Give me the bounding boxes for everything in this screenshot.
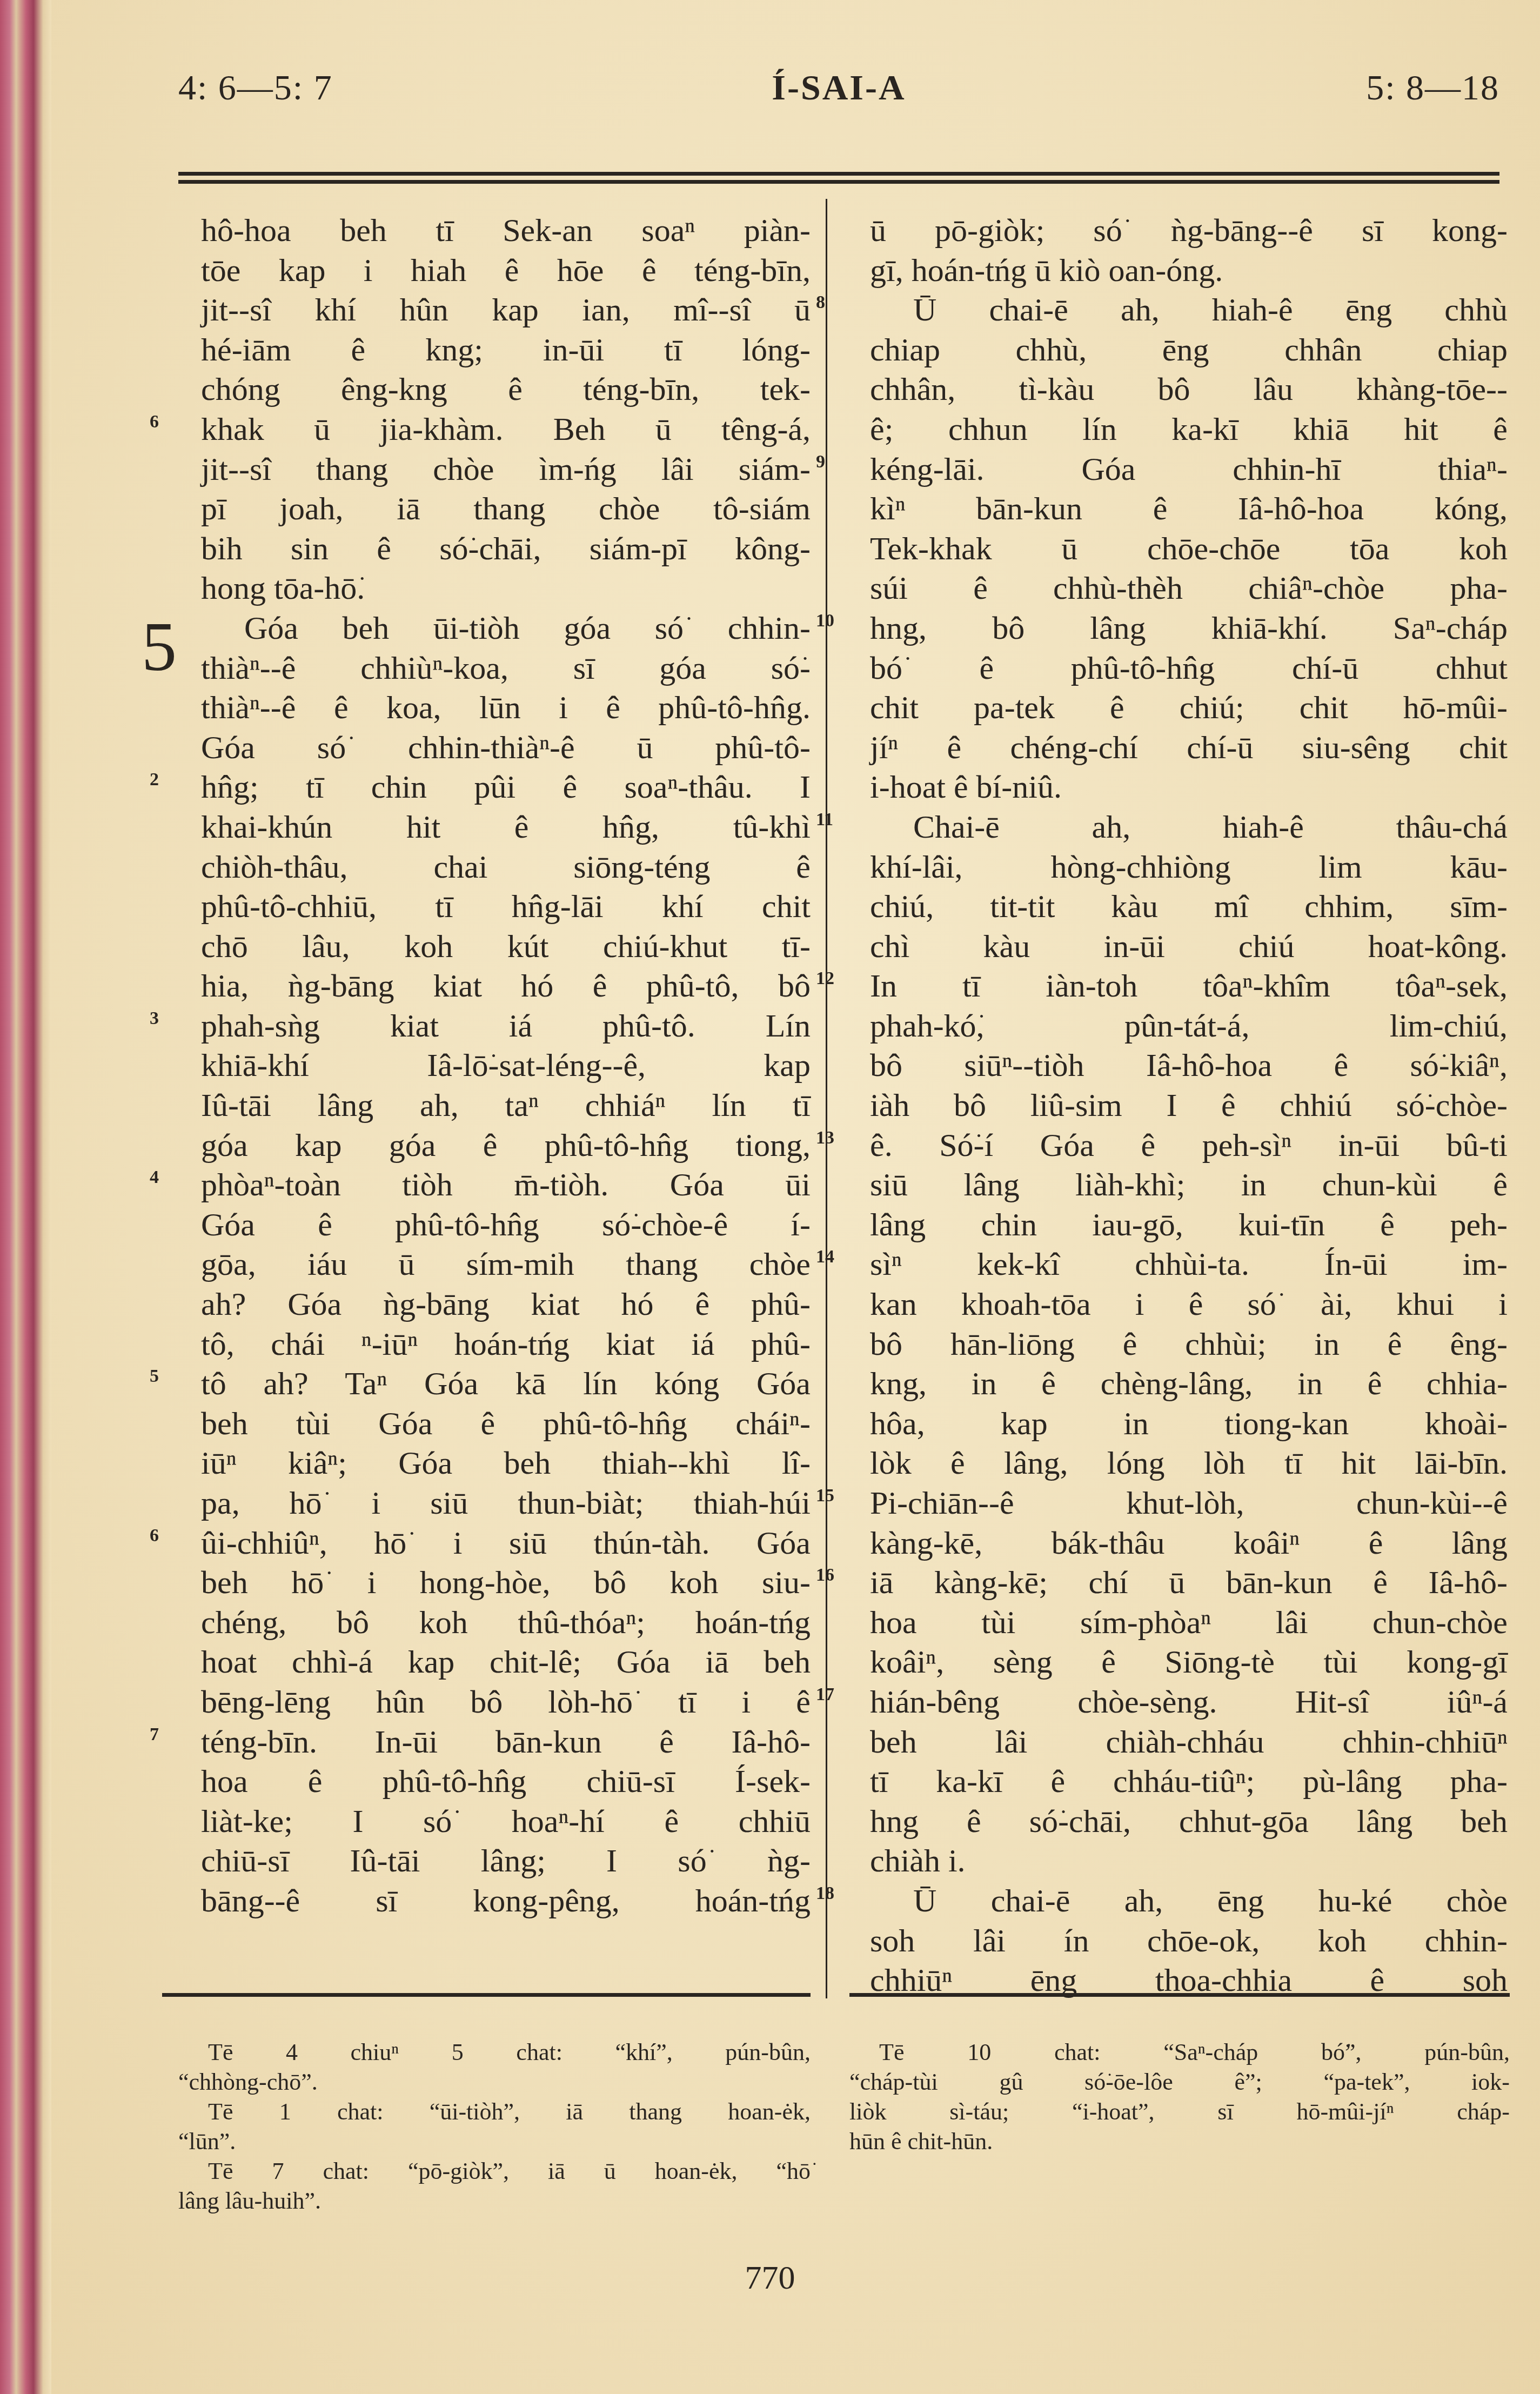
text-line: gī, hoán-tńg ū kiò oan-óng. bbox=[870, 251, 1508, 291]
text-line: 11Chai-ē ah, hiah-ê thâu-chá bbox=[870, 807, 1508, 847]
text-line: koâiⁿ, sèng ê Siōng-tè tùi kong-gī bbox=[870, 1642, 1508, 1682]
verse-number: 17 bbox=[816, 1675, 834, 1715]
footnote-line: Tē 1 chat: “ūi-tiòh”, iā thang hoan-ėk, bbox=[178, 2097, 811, 2126]
text-line: chō lâu, koh kút chiú-khut tī- bbox=[201, 927, 811, 967]
footnote-line: “lūn”. bbox=[178, 2126, 811, 2156]
verse-number: 8 bbox=[816, 283, 825, 323]
text-line: iūⁿ kiâⁿ; Góa beh thiah--khì lî- bbox=[201, 1443, 811, 1483]
running-header: 4: 6—5: 7 Í-SAI-A 5: 8—18 bbox=[178, 68, 1499, 127]
text-line: bih sin ê só͘-chāi, siám-pī kông- bbox=[201, 529, 811, 569]
line-text: hé-iām ê kng; in-ūi tī lóng- bbox=[201, 332, 811, 367]
line-text: bāng--ê sī kong-pêng, hoán-tńg bbox=[201, 1883, 811, 1918]
verse-number: 18 bbox=[816, 1874, 834, 1914]
column-divider bbox=[826, 199, 827, 1998]
footnote-line: liòk sì-táu; “i-hoat”, sī hō-mûi-jíⁿ chá… bbox=[849, 2097, 1510, 2126]
line-text: thiàⁿ--ê chhiùⁿ-koa, sī góa só͘- bbox=[201, 650, 811, 686]
line-text: Ū chai-ē ah, ēng hu-ké chòe bbox=[913, 1883, 1508, 1918]
text-line: 6ûi-chhiûⁿ, hō͘ i siū thún-tàh. Góa bbox=[201, 1523, 811, 1563]
text-line: hoa ê phû-tô-hn̂g chiū-sī Í-sek- bbox=[201, 1762, 811, 1802]
text-line: lâng chin iau-gō, kui-tīn ê peh- bbox=[870, 1205, 1508, 1245]
text-line: súi ê chhù-thèh chiâⁿ-chòe pha- bbox=[870, 569, 1508, 608]
line-text: téng-bīn. In-ūi bān-kun ê Iâ-hô- bbox=[201, 1724, 811, 1760]
footnote-line: Tē 4 chiuⁿ 5 chat: “khí”, pún-bûn, bbox=[178, 2037, 811, 2067]
text-line: chì kàu in-ūi chiú hoat-kông. bbox=[870, 927, 1508, 967]
line-text: Ū chai-ē ah, hiah-ê ēng chhù bbox=[913, 292, 1508, 327]
text-line: 15Pi-chiān--ê khut-lòh, chun-kùi--ê bbox=[870, 1483, 1508, 1523]
line-text: liàt-ke; I só͘ hoaⁿ-hí ê chhiū bbox=[201, 1803, 811, 1839]
text-line: 13ê. Só͘-í Góa ê peh-sìⁿ in-ūi bû-ti bbox=[870, 1126, 1508, 1166]
text-line: Tek-khak ū chōe-chōe tōa koh bbox=[870, 529, 1508, 569]
line-text: bô siūⁿ--tiòh Iâ-hô-hoa ê só͘-kiâⁿ, bbox=[870, 1047, 1508, 1083]
right-text-column: ū pō-giòk; só͘ ǹg-bāng--ê sī kong-gī, ho… bbox=[870, 211, 1508, 2001]
line-text: ûi-chhiûⁿ, hō͘ i siū thún-tàh. Góa bbox=[201, 1525, 811, 1561]
verse-number: 13 bbox=[816, 1118, 834, 1158]
line-text: hia, ǹg-bāng kiat hó ê phû-tô, bô bbox=[201, 968, 811, 1004]
text-line: thiàⁿ--ê ê koa, lūn i ê phû-tô-hn̂g. bbox=[201, 688, 811, 728]
line-text: phû-tô-chhiū, tī hn̂g-lāi khí chit bbox=[201, 888, 811, 924]
line-text: hô-hoa beh tī Sek-an soaⁿ piàn- bbox=[201, 212, 811, 248]
text-line: 8Ū chai-ē ah, hiah-ê ēng chhù bbox=[870, 290, 1508, 330]
line-text: chiap chhù, ēng chhân chiap bbox=[870, 332, 1508, 367]
verse-number: 12 bbox=[816, 959, 834, 999]
footnotes-left: Tē 4 chiuⁿ 5 chat: “khí”, pún-bûn,“chhòn… bbox=[178, 2037, 811, 2216]
text-line: lòk ê lâng, lóng lòh tī hit lāi-bīn. bbox=[870, 1443, 1508, 1483]
line-text: iūⁿ kiâⁿ; Góa beh thiah--khì lî- bbox=[201, 1445, 811, 1481]
line-text: Góa ê phû-tô-hn̂g só͘-chòe-ê í- bbox=[201, 1207, 811, 1242]
line-text: bih sin ê só͘-chāi, siám-pī kông- bbox=[201, 531, 811, 566]
verse-number: 4 bbox=[150, 1158, 159, 1198]
verse-number: 6 bbox=[150, 1516, 159, 1556]
text-line: 9kéng-lāi. Góa chhin-hī thiaⁿ- bbox=[870, 450, 1508, 490]
text-line: chóng êng-kng ê téng-bīn, tek- bbox=[201, 370, 811, 410]
text-line: chhân, tì-kàu bô lâu khàng-tōe-- bbox=[870, 370, 1508, 410]
text-line: chiú, tit-tit kàu mî chhim, sīm- bbox=[870, 887, 1508, 927]
line-text: i-hoat ê bí-niû. bbox=[870, 769, 1062, 805]
line-text: Tek-khak ū chōe-chōe tōa koh bbox=[870, 531, 1508, 566]
text-line: beh tùi Góa ê phû-tô-hn̂g cháiⁿ- bbox=[201, 1404, 811, 1444]
text-line: kng, in ê chèng-lâng, in ê chhia- bbox=[870, 1364, 1508, 1404]
line-text: kan khoah-tōa i ê só͘ ài, khui i bbox=[870, 1286, 1508, 1322]
footnote-line: lâng lâu-huih”. bbox=[178, 2186, 811, 2216]
line-text: bô hān-liōng ê chhùi; in ê êng- bbox=[870, 1326, 1508, 1362]
text-line: 2hn̂g; tī chin pûi ê soaⁿ-thâu. I bbox=[201, 767, 811, 807]
line-text: hoat chhì-á kap chit-lê; Góa iā beh bbox=[201, 1644, 811, 1680]
line-text: súi ê chhù-thèh chiâⁿ-chòe pha- bbox=[870, 570, 1508, 606]
text-line: ah? Góa ǹg-bāng kiat hó ê phû- bbox=[201, 1285, 811, 1325]
text-line: gōa, iáu ū sím-mih thang chòe bbox=[201, 1245, 811, 1285]
verse-number: 10 bbox=[816, 601, 834, 641]
header-double-rule bbox=[178, 172, 1499, 184]
line-text: jit--sî thang chòe ìm-ńg lâi siám- bbox=[201, 451, 811, 487]
text-line: 17hián-bêng chòe-sèng. Hit-sî iûⁿ-á bbox=[870, 1682, 1508, 1722]
page-number: 770 bbox=[0, 2259, 1540, 2297]
line-text: chiú, tit-tit kàu mî chhim, sīm- bbox=[870, 888, 1508, 924]
text-line: soh lâi ín chōe-ok, koh chhin- bbox=[870, 1921, 1508, 1961]
text-line: khai-khún hit ê hn̂g, tû-khì bbox=[201, 807, 811, 847]
text-line: kàng-kē, bák-thâu koâiⁿ ê lâng bbox=[870, 1523, 1508, 1563]
line-text: chhân, tì-kàu bô lâu khàng-tōe-- bbox=[870, 371, 1508, 407]
line-text: ê. Só͘-í Góa ê peh-sìⁿ in-ūi bû-ti bbox=[870, 1127, 1508, 1163]
text-line: hia, ǹg-bāng kiat hó ê phû-tô, bô bbox=[201, 966, 811, 1006]
text-line: jíⁿ ê chéng-chí chí-ū siu-sêng chit bbox=[870, 728, 1508, 768]
text-line: tōe kap i hiah ê hōe ê téng-bīn, bbox=[201, 251, 811, 291]
line-text: Chai-ē ah, hiah-ê thâu-chá bbox=[913, 809, 1508, 845]
line-text: chiū-sī Iû-tāi lâng; I só͘ ǹg- bbox=[201, 1843, 811, 1878]
text-line: 16iā kàng-kē; chí ū bān-kun ê Iâ-hô- bbox=[870, 1563, 1508, 1603]
text-line: phah-kó͘, pûn-tát-á, lim-chiú, bbox=[870, 1006, 1508, 1046]
line-text: tī ka-kī ê chháu-tiûⁿ; pù-lâng pha- bbox=[870, 1763, 1508, 1799]
line-text: iàh bô liû-sim I ê chhiú só͘-chòe- bbox=[870, 1087, 1508, 1123]
text-line: kan khoah-tōa i ê só͘ ài, khui i bbox=[870, 1285, 1508, 1325]
text-line: chiap chhù, ēng chhân chiap bbox=[870, 330, 1508, 370]
text-line: Iû-tāi lâng ah, taⁿ chhiáⁿ lín tī bbox=[201, 1086, 811, 1126]
line-text: khiā-khí Iâ-lō͘-sat-léng--ê, kap bbox=[201, 1047, 811, 1083]
footnote: Tē 4 chiuⁿ 5 chat: “khí”, pún-bûn,“chhòn… bbox=[178, 2037, 811, 2097]
text-line: iàh bô liû-sim I ê chhiú só͘-chòe- bbox=[870, 1086, 1508, 1126]
text-line: bô hān-liōng ê chhùi; in ê êng- bbox=[870, 1325, 1508, 1365]
line-text: tōe kap i hiah ê hōe ê téng-bīn, bbox=[201, 252, 811, 288]
footnote-line: Tē 7 chat: “pō-giòk”, iā ū hoan-ėk, “hō͘ bbox=[178, 2156, 811, 2186]
line-text: hoa tùi sím-phòaⁿ lâi chun-chòe bbox=[870, 1604, 1508, 1640]
line-text: kéng-lāi. Góa chhin-hī thiaⁿ- bbox=[870, 451, 1508, 487]
line-text: ū pō-giòk; só͘ ǹg-bāng--ê sī kong- bbox=[870, 212, 1508, 248]
text-line: pī joah, iā thang chòe tô-siám bbox=[201, 489, 811, 529]
line-text: beh hō͘ i hong-hòe, bô koh siu- bbox=[201, 1564, 811, 1600]
text-line: 10hng, bô lâng khiā-khí. Saⁿ-cháp bbox=[870, 608, 1508, 648]
line-text: chéng, bô koh thû-thóaⁿ; hoán-tńg bbox=[201, 1604, 811, 1640]
text-line: hoat chhì-á kap chit-lê; Góa iā beh bbox=[201, 1642, 811, 1682]
text-line: pa, hō͘ i siū thun-biàt; thiah-húi bbox=[201, 1483, 811, 1523]
text-line: Góa só͘ chhin-thiàⁿ-ê ū phû-tô- bbox=[201, 728, 811, 768]
line-text: hoa ê phû-tô-hn̂g chiū-sī Í-sek- bbox=[201, 1763, 811, 1799]
text-line: 14sìⁿ kek-kî chhùi-ta. Ín-ūi im- bbox=[870, 1245, 1508, 1285]
line-text: hn̂g; tī chin pûi ê soaⁿ-thâu. I bbox=[201, 769, 811, 805]
verse-number: 15 bbox=[816, 1476, 834, 1516]
line-text: hng, bô lâng khiā-khí. Saⁿ-cháp bbox=[870, 610, 1508, 646]
line-text: chiàh i. bbox=[870, 1843, 966, 1878]
footnote: Tē 10 chat: “Saⁿ-cháp bó͘”, pún-bûn,“chá… bbox=[849, 2037, 1510, 2156]
book-title: Í-SAI-A bbox=[178, 68, 1499, 109]
line-text: hián-bêng chòe-sèng. Hit-sî iûⁿ-á bbox=[870, 1684, 1508, 1720]
text-line: hé-iām ê kng; in-ūi tī lóng- bbox=[201, 330, 811, 370]
text-line: chiū-sī Iû-tāi lâng; I só͘ ǹg- bbox=[201, 1841, 811, 1881]
text-line: liàt-ke; I só͘ hoaⁿ-hí ê chhiū bbox=[201, 1802, 811, 1842]
line-text: gī, hoán-tńg ū kiò oan-óng. bbox=[870, 252, 1223, 288]
line-text: sìⁿ kek-kî chhùi-ta. Ín-ūi im- bbox=[870, 1246, 1508, 1282]
text-line: bô siūⁿ--tiòh Iâ-hô-hoa ê só͘-kiâⁿ, bbox=[870, 1046, 1508, 1086]
text-line: 5tô ah? Taⁿ Góa kā lín kóng Góa bbox=[201, 1364, 811, 1404]
text-line: hong tōa-hō͘. bbox=[201, 569, 811, 608]
text-line: bāng--ê sī kong-pêng, hoán-tńg bbox=[201, 1881, 811, 1921]
text-line: 3phah-sǹg kiat iá phû-tô. Lín bbox=[201, 1006, 811, 1046]
line-text: khak ū jia-khàm. Beh ū têng-á, bbox=[201, 411, 811, 447]
line-text: pa, hō͘ i siū thun-biàt; thiah-húi bbox=[201, 1485, 811, 1521]
text-line: hôa, kap in tiong-kan khoài- bbox=[870, 1404, 1508, 1444]
book-page-edge bbox=[0, 0, 51, 2394]
footnote-line: “cháp-tùi gû só͘-ōe-lôe ê”; “pa-tek”, io… bbox=[849, 2067, 1510, 2097]
text-line: 12In tī iàn-toh tôaⁿ-khîm tôaⁿ-sek, bbox=[870, 966, 1508, 1006]
line-text: bēng-lēng hûn bô lòh-hō͘ tī i ê bbox=[201, 1684, 811, 1720]
footnotes-right: Tē 10 chat: “Saⁿ-cháp bó͘”, pún-bûn,“chá… bbox=[849, 2037, 1510, 2156]
text-line: bó͘ ê phû-tô-hn̂g chí-ū chhut bbox=[870, 648, 1508, 688]
text-line: thiàⁿ--ê chhiùⁿ-koa, sī góa só͘- bbox=[201, 648, 811, 688]
text-line: siū lâng liàh-khì; in chun-kùi ê bbox=[870, 1165, 1508, 1205]
line-text: chit pa-tek ê chiú; chit hō-mûi- bbox=[870, 690, 1508, 725]
header-right-reference: 5: 8—18 bbox=[1366, 68, 1499, 109]
line-text: lâng chin iau-gō, kui-tīn ê peh- bbox=[870, 1207, 1508, 1242]
text-line: hng ê só͘-chāi, chhut-gōa lâng beh bbox=[870, 1802, 1508, 1842]
line-text: chóng êng-kng ê téng-bīn, tek- bbox=[201, 371, 811, 407]
verse-number: 3 bbox=[150, 999, 159, 1039]
text-line: tô, chái ⁿ-iūⁿ hoán-tńg kiat iá phû- bbox=[201, 1325, 811, 1365]
verse-number: 16 bbox=[816, 1555, 834, 1595]
line-text: kng, in ê chèng-lâng, in ê chhia- bbox=[870, 1366, 1508, 1401]
line-text: lòk ê lâng, lóng lòh tī hit lāi-bīn. bbox=[870, 1445, 1508, 1481]
text-line: kìⁿ bān-kun ê Iâ-hô-hoa kóng, bbox=[870, 489, 1508, 529]
text-line: 6khak ū jia-khàm. Beh ū têng-á, bbox=[201, 410, 811, 450]
verse-number: 5 bbox=[150, 1356, 159, 1396]
text-line: chiòh-thâu, chai siōng-téng ê bbox=[201, 847, 811, 887]
line-text: siū lâng liàh-khì; in chun-kùi ê bbox=[870, 1167, 1508, 1202]
text-line: beh hō͘ i hong-hòe, bô koh siu- bbox=[201, 1563, 811, 1603]
text-line: hô-hoa beh tī Sek-an soaⁿ piàn- bbox=[201, 211, 811, 251]
line-text: jit--sî khí hûn kap ian, mî--sî ū bbox=[201, 292, 811, 327]
text-line: Góa ê phû-tô-hn̂g só͘-chòe-ê í- bbox=[201, 1205, 811, 1245]
footnote-rule-left bbox=[162, 1993, 811, 1997]
text-line: tī ka-kī ê chháu-tiûⁿ; pù-lâng pha- bbox=[870, 1762, 1508, 1802]
line-text: soh lâi ín chōe-ok, koh chhin- bbox=[870, 1923, 1508, 1958]
line-text: phah-sǹg kiat iá phû-tô. Lín bbox=[201, 1008, 811, 1044]
text-line: chéng, bô koh thû-thóaⁿ; hoán-tńg bbox=[201, 1603, 811, 1643]
verse-number: 7 bbox=[150, 1715, 159, 1755]
text-line: góa kap góa ê phû-tô-hn̂g tiong, bbox=[201, 1126, 811, 1166]
line-text: gōa, iáu ū sím-mih thang chòe bbox=[201, 1246, 811, 1282]
line-text: hôa, kap in tiong-kan khoài- bbox=[870, 1406, 1508, 1441]
footnote: Tē 7 chat: “pō-giòk”, iā ū hoan-ėk, “hō͘… bbox=[178, 2156, 811, 2216]
left-text-column: hô-hoa beh tī Sek-an soaⁿ piàn-tōe kap i… bbox=[201, 211, 811, 1921]
line-text: jíⁿ ê chéng-chí chí-ū siu-sêng chit bbox=[870, 730, 1508, 765]
footnote-line: Tē 10 chat: “Saⁿ-cháp bó͘”, pún-bûn, bbox=[849, 2037, 1510, 2067]
text-line: khiā-khí Iâ-lō͘-sat-léng--ê, kap bbox=[201, 1046, 811, 1086]
line-text: hng ê só͘-chāi, chhut-gōa lâng beh bbox=[870, 1803, 1508, 1839]
line-text: Iû-tāi lâng ah, taⁿ chhiáⁿ lín tī bbox=[201, 1087, 811, 1123]
verse-number: 14 bbox=[816, 1237, 834, 1277]
line-text: Pi-chiān--ê khut-lòh, chun-kùi--ê bbox=[870, 1485, 1508, 1521]
line-text: pī joah, iā thang chòe tô-siám bbox=[201, 491, 811, 526]
line-text: In tī iàn-toh tôaⁿ-khîm tôaⁿ-sek, bbox=[870, 968, 1508, 1004]
line-text: khai-khún hit ê hn̂g, tû-khì bbox=[201, 809, 811, 845]
verse-number: 2 bbox=[150, 760, 159, 800]
footnote-line: hūn ê chit-hūn. bbox=[849, 2126, 1510, 2156]
line-text: ah? Góa ǹg-bāng kiat hó ê phû- bbox=[201, 1286, 811, 1322]
line-text: chì kàu in-ūi chiú hoat-kông. bbox=[870, 928, 1508, 964]
verse-number: 6 bbox=[150, 402, 159, 442]
line-text: tô, chái ⁿ-iūⁿ hoán-tńg kiat iá phû- bbox=[201, 1326, 811, 1362]
text-line: chiàh i. bbox=[870, 1841, 1508, 1881]
footnote-line: “chhòng-chō”. bbox=[178, 2067, 811, 2097]
text-line: 4phòaⁿ-toàn tiòh m̄-tiòh. Góa ūi bbox=[201, 1165, 811, 1205]
text-line: ê; chhun lín ka-kī khiā hit ê bbox=[870, 410, 1508, 450]
line-text: bó͘ ê phû-tô-hn̂g chí-ū chhut bbox=[870, 650, 1508, 686]
text-line: khí-lâi, hòng-chhiòng lim kāu- bbox=[870, 847, 1508, 887]
text-line: ū pō-giòk; só͘ ǹg-bāng--ê sī kong- bbox=[870, 211, 1508, 251]
line-text: kìⁿ bān-kun ê Iâ-hô-hoa kóng, bbox=[870, 491, 1508, 526]
footnote: Tē 1 chat: “ūi-tiòh”, iā thang hoan-ėk,“… bbox=[178, 2097, 811, 2156]
line-text: khí-lâi, hòng-chhiòng lim kāu- bbox=[870, 849, 1508, 885]
line-text: ê; chhun lín ka-kī khiā hit ê bbox=[870, 411, 1508, 447]
text-line: phû-tô-chhiū, tī hn̂g-lāi khí chit bbox=[201, 887, 811, 927]
verse-number: 11 bbox=[816, 800, 833, 840]
line-text: chō lâu, koh kút chiú-khut tī- bbox=[201, 928, 811, 964]
line-text: koâiⁿ, sèng ê Siōng-tè tùi kong-gī bbox=[870, 1644, 1508, 1680]
text-line: 18Ū chai-ē ah, ēng hu-ké chòe bbox=[870, 1881, 1508, 1921]
verse-number: 9 bbox=[816, 442, 825, 482]
line-text: chiòh-thâu, chai siōng-téng ê bbox=[201, 849, 811, 885]
text-line: 5Góa beh ūi-tiòh góa só͘ chhin- bbox=[201, 608, 811, 648]
text-line: chit pa-tek ê chiú; chit hō-mûi- bbox=[870, 688, 1508, 728]
line-text: phah-kó͘, pûn-tát-á, lim-chiú, bbox=[870, 1008, 1508, 1044]
line-text: hong tōa-hō͘. bbox=[201, 570, 365, 606]
line-text: góa kap góa ê phû-tô-hn̂g tiong, bbox=[201, 1127, 811, 1163]
line-text: phòaⁿ-toàn tiòh m̄-tiòh. Góa ūi bbox=[201, 1167, 811, 1202]
text-line: bēng-lēng hûn bô lòh-hō͘ tī i ê bbox=[201, 1682, 811, 1722]
text-line: 7téng-bīn. In-ūi bān-kun ê Iâ-hô- bbox=[201, 1722, 811, 1762]
line-text: beh lâi chiàh-chháu chhin-chhiūⁿ bbox=[870, 1724, 1508, 1760]
text-line: beh lâi chiàh-chháu chhin-chhiūⁿ bbox=[870, 1722, 1508, 1762]
text-line: hoa tùi sím-phòaⁿ lâi chun-chòe bbox=[870, 1603, 1508, 1643]
text-line: jit--sî thang chòe ìm-ńg lâi siám- bbox=[201, 450, 811, 490]
line-text: iā kàng-kē; chí ū bān-kun ê Iâ-hô- bbox=[870, 1564, 1508, 1600]
text-line: jit--sî khí hûn kap ian, mî--sî ū bbox=[201, 290, 811, 330]
line-text: thiàⁿ--ê ê koa, lūn i ê phû-tô-hn̂g. bbox=[201, 690, 811, 725]
footnote-rule-right bbox=[849, 1993, 1510, 1997]
line-text: beh tùi Góa ê phû-tô-hn̂g cháiⁿ- bbox=[201, 1406, 811, 1441]
line-text: tô ah? Taⁿ Góa kā lín kóng Góa bbox=[201, 1366, 811, 1401]
chapter-number: 5 bbox=[142, 612, 177, 682]
text-line: i-hoat ê bí-niû. bbox=[870, 767, 1508, 807]
line-text: kàng-kē, bák-thâu koâiⁿ ê lâng bbox=[870, 1525, 1508, 1561]
line-text: Góa só͘ chhin-thiàⁿ-ê ū phû-tô- bbox=[201, 730, 811, 765]
line-text: Góa beh ūi-tiòh góa só͘ chhin- bbox=[244, 610, 811, 646]
